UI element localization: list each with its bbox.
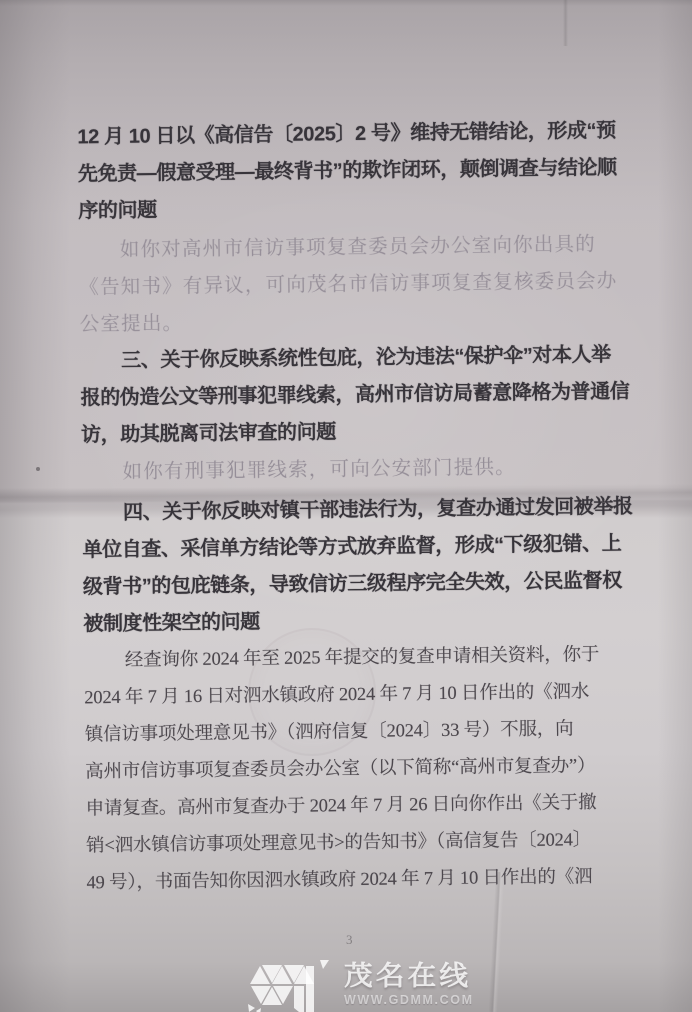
- paper-shadow-left: [0, 0, 70, 1012]
- crease-line: [563, 0, 568, 46]
- document-line: 公室提出。: [80, 300, 628, 344]
- document-line: 49 号），书面告知你因泗水镇政府 2024 年 7 月 10 日作出的《泗: [86, 859, 634, 903]
- watermark-text: 茂名在线 WWW.GDMM.COM: [344, 958, 474, 1007]
- document-line: 报的伪造公文等刑事犯罪线索，高州市信访局蓄意降格为普通信: [80, 374, 628, 418]
- ink-speck: [36, 467, 40, 471]
- paragraph-section-three: 三、关于你反映系统性包庇，沦为违法“保护伞”对本人举 报的伪造公文等刑事犯罪线索…: [80, 337, 629, 455]
- document-line: 如你有刑事犯罪线索，可向公安部门提供。: [81, 448, 629, 492]
- watermark-site-url: WWW.GDMM.COM: [344, 993, 474, 1007]
- paper-shadow-right: [658, 0, 692, 1012]
- paragraph-conclusion-loop: 12 月 10 日以《高信告〔2025〕2 号》维持无错结论，形成“预 先免责—…: [77, 113, 626, 231]
- gdmm-watermark: 茂名在线 WWW.GDMM.COM: [248, 958, 474, 1012]
- document-line: 先免责—假意受理—最终背书”的欺诈闭环，颠倒调查与结论顺: [78, 150, 626, 194]
- gdmm-logo-icon: [248, 958, 336, 1012]
- document-line: 序的问题: [78, 187, 626, 231]
- paragraph-section-four: 四、关于你反映对镇干部违法行为，复查办通过发回被举报 单位自查、采信单方结论等方…: [82, 489, 632, 644]
- paragraph-review-history: 经查询你 2024 年至 2025 年提交的复查申请相关资料，你于 2024 年…: [84, 637, 635, 903]
- document-line: 级背书”的包庇链条，导致信访三级程序完全失效，公民监督权: [83, 563, 631, 607]
- document-page: 12 月 10 日以《高信告〔2025〕2 号》维持无错结论，形成“预 先免责—…: [0, 0, 692, 1012]
- page-number: 3: [346, 932, 353, 948]
- paragraph-criminal-clue-notice: 如你有刑事犯罪线索，可向公安部门提供。: [81, 448, 629, 492]
- paragraph-objection-notice: 如你对高州市信访事项复查委员会办公室向你出具的 《告知书》有异议，可向茂名市信访…: [79, 226, 628, 344]
- document-text-block: 12 月 10 日以《高信告〔2025〕2 号》维持无错结论，形成“预 先免责—…: [77, 113, 635, 903]
- watermark-site-name: 茂名在线: [344, 963, 481, 990]
